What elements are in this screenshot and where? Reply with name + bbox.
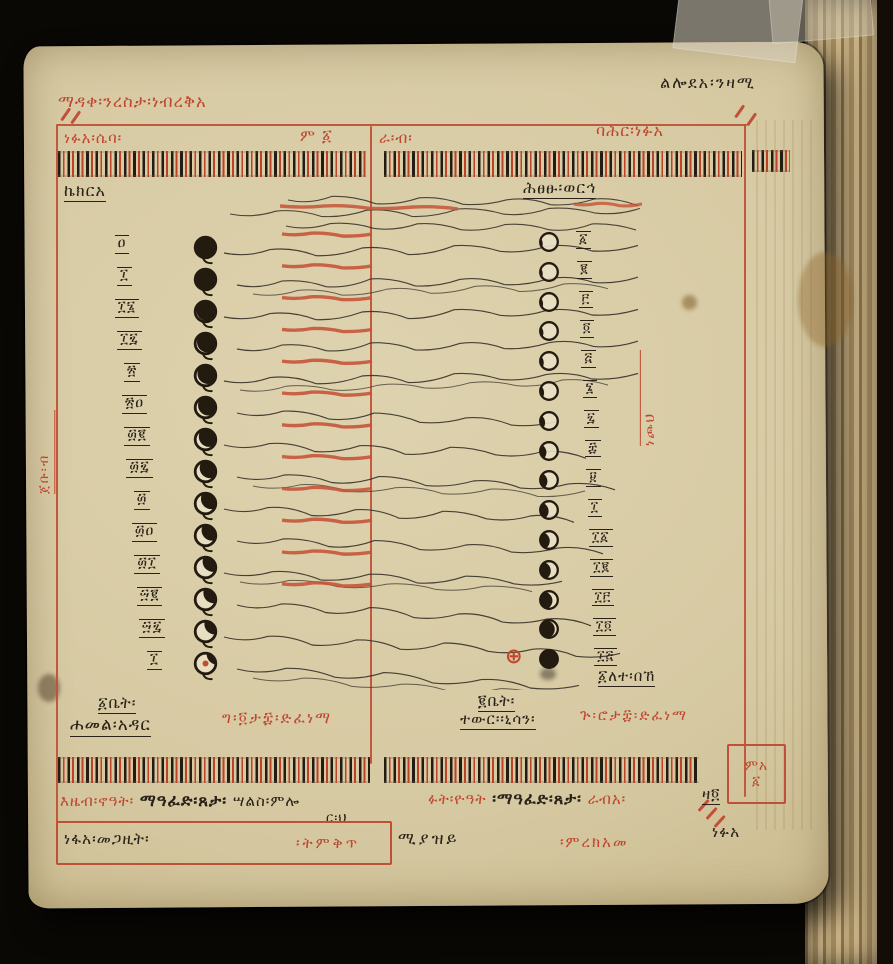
right-row-numeral: ፲፩ — [589, 529, 633, 547]
footer-strip-text: ሚያዝይ — [398, 830, 460, 848]
left-row-numeral: ፴፯ — [112, 459, 168, 478]
ethiopic-numeral: ፲፫ — [592, 589, 615, 607]
ornament-band — [384, 757, 699, 783]
right-moon-cell — [537, 319, 561, 347]
moon-phase-icon — [537, 230, 561, 254]
right-moon-cell — [537, 409, 561, 437]
ethiopic-numeral: ፳ዐ — [122, 395, 147, 414]
ethiopic-numeral: ፲፯ — [117, 331, 142, 350]
right-row-numeral: ፪ — [577, 261, 621, 279]
left-row-numeral: ፴፪ — [109, 427, 165, 446]
right-moon-cell — [537, 260, 561, 288]
moon-phase-icon — [537, 319, 561, 343]
right-row-numeral: ፩ — [576, 231, 620, 249]
ethiopic-numeral: ፴፯ — [126, 459, 153, 478]
right-row-numeral: ፲፪ — [590, 559, 634, 577]
backdrop-right-edge — [877, 0, 893, 964]
moon-phase-icon — [537, 439, 561, 463]
ornament-band — [58, 151, 366, 177]
ethiopic-numeral: ፬ — [580, 320, 594, 338]
house1-label: ፩ቤት፡ — [98, 695, 136, 714]
ethiopic-numeral: ፲ — [147, 651, 162, 670]
ornament-band — [384, 151, 742, 177]
ethiopic-numeral: ፲ — [117, 267, 132, 286]
footer-line-a-right: ፉት፡ዮዓት ፡ማዓፈድ፡ጸታ፡ ራብአ፡ — [428, 790, 626, 808]
left-row-numeral: ፲፯ — [102, 331, 158, 350]
ethiopic-numeral: ፭ — [581, 350, 596, 368]
moon-phase-icon — [537, 588, 561, 612]
ethiopic-numeral: ፴ — [134, 491, 151, 510]
frame-right-line — [744, 124, 746, 797]
moon-phase-icon — [537, 290, 561, 314]
right-row-numeral: ፬ — [580, 320, 624, 338]
moon-phase-icon — [537, 617, 561, 641]
corner-box-text: ፩ — [752, 775, 761, 789]
footer-end-numeral: ዛ፬ — [702, 786, 720, 805]
footer-text: ፉት፡ዮዓት — [428, 790, 486, 808]
right-row-numeral: ፭ — [581, 350, 625, 368]
footer-text: ሣልስ፡ምሎ — [233, 792, 300, 810]
left-row-numeral: ፳ዐ — [107, 395, 163, 414]
moon-phase-icon — [537, 468, 561, 492]
right-margin-note: ነጮህ — [640, 350, 658, 446]
left-row-numeral: ፴፲ — [119, 555, 175, 574]
right-moon-cell — [537, 349, 561, 377]
ethiopic-numeral: ፲፭ — [594, 648, 617, 666]
header-center-left-label: ም ፩ — [300, 127, 333, 145]
ornament-band — [58, 757, 370, 783]
header-left-label: ነፉአ፡ሴባ፡ — [64, 130, 122, 147]
ethiopic-numeral: ፯ — [584, 410, 599, 428]
left-moon-cell — [192, 650, 219, 692]
corner-box-text: ምአ — [745, 759, 768, 774]
footer-text: ራብአ፡ — [588, 790, 627, 808]
left-row-numeral: ፵፯ — [124, 619, 180, 638]
ethiopic-numeral: ፳ — [124, 363, 140, 382]
right-moon-cell — [537, 647, 561, 675]
moon-phase-icon — [537, 498, 561, 522]
right-moon-cell — [537, 290, 561, 318]
right-row-numeral: ፰ — [585, 440, 629, 458]
right-moon-cell — [537, 468, 561, 496]
right-row-numeral: ፲፬ — [593, 618, 637, 636]
ethiopic-numeral: ፩ — [576, 231, 591, 249]
ethiopic-numeral: ፰ — [585, 440, 601, 458]
house1-name: ሐመል፡አዳር — [70, 716, 151, 737]
left-row-numeral: ፲ — [97, 267, 153, 286]
right-moon-cell — [537, 230, 561, 258]
page-title-right: ልሎደአ፡ንዛሚ — [570, 74, 756, 92]
left-row-numeral: ፴ዐ — [117, 523, 173, 542]
circled-cross-icon: ⊕ — [505, 644, 523, 668]
ethiopic-numeral: ፵፪ — [137, 587, 163, 606]
footer-text: ፡ማዓፈድ፡ጸታ፡ — [492, 789, 582, 808]
right-moon-cell — [537, 558, 561, 586]
ethiopic-numeral: ፮ — [583, 380, 598, 398]
left-row-numeral: ዐ — [94, 235, 150, 254]
ethiopic-numeral: ፲፮ — [115, 299, 139, 318]
right-row-numeral: ፲፫ — [592, 589, 636, 607]
moon-phase-icon — [537, 260, 561, 284]
ethiopic-numeral: ፲፪ — [590, 559, 613, 577]
right-row-numeral: ፲ — [588, 499, 632, 517]
moon-phase-icon — [537, 379, 561, 403]
ethiopic-numeral: ፴፲ — [134, 555, 160, 574]
right-row-numeral: ፲፭ — [594, 648, 638, 666]
corner-box: ምአ ፩ — [727, 744, 786, 804]
left-column-header: ኬክርአ — [64, 182, 106, 202]
footer-text: እዜብ፡ኖዓት፡ — [60, 792, 134, 810]
header-center-right-label: ራ፡ብ፡ — [379, 130, 413, 147]
right-moon-cell — [537, 528, 561, 556]
moon-phase-icon — [192, 650, 219, 688]
center-red-note: ግ፡፬ታ፰፡ድፈነማ — [222, 710, 332, 727]
manuscript-photo: ልሎደአ፡ንዛሚ ማዳቀ፡ንረስታ፡ነብረቅአ ነፉአ፡ሴባ፡ ም ፩ ራ፡ብ፡… — [0, 0, 893, 964]
ethiopic-numeral: ፲፬ — [593, 618, 616, 636]
right-row-numeral: ፮ — [583, 380, 627, 398]
ethiopic-numeral: ፱ — [586, 469, 600, 487]
page-title-left: ማዳቀ፡ንረስታ፡ነብረቅአ — [58, 93, 207, 111]
ethiopic-numeral: ፴ዐ — [132, 523, 158, 542]
ethiopic-numeral: ፲፩ — [589, 529, 613, 547]
moon-phase-icon — [537, 558, 561, 582]
right-moon-cell — [537, 498, 561, 526]
left-row-numeral: ፲፮ — [99, 299, 155, 318]
right-moon-cell — [537, 379, 561, 407]
left-row-numeral: ፲ — [127, 651, 183, 670]
footer-text: ማዓፈድ፡ጸታ፡ — [140, 791, 227, 810]
footer-line-a-left: እዜብ፡ኖዓት፡ ማዓፈድ፡ጸታ፡ ሣልስ፡ምሎ — [60, 792, 300, 810]
left-margin-note: ጀቡ፡ብ — [38, 410, 55, 494]
frame-left-line — [56, 124, 58, 861]
stain — [798, 252, 853, 347]
ethiopic-numeral: ፵፯ — [139, 619, 166, 638]
house2-name: ተውር፡፡ኒሳን፡ — [460, 711, 536, 730]
right-row-numeral: ፫ — [579, 291, 623, 309]
left-row-numeral: ፳ — [104, 363, 160, 382]
ethiopic-numeral: ፪ — [577, 261, 591, 279]
footer-strip-text: ነፋአ፡መጋዚት፡ — [64, 831, 150, 848]
moon-phase-icon — [537, 528, 561, 552]
ethiopic-numeral: ፲ — [588, 499, 602, 517]
right-moon-cell — [537, 439, 561, 467]
right-red-note: ጕ፡ሮታ፰፡ድፈነማ — [580, 709, 688, 725]
moon-phase-icon — [537, 647, 561, 671]
page-creases — [756, 120, 814, 830]
right-moon-cell — [537, 588, 561, 616]
ethiopic-numeral: ፫ — [579, 291, 593, 309]
moon-phase-icon — [537, 409, 561, 433]
footer-strip-text: ፡ትምቅጥ — [296, 835, 360, 852]
left-row-numeral: ፵፪ — [122, 587, 178, 606]
left-row-numeral: ፴ — [114, 491, 170, 510]
right-row-numeral: ፱ — [586, 469, 630, 487]
footer-strip-text: ነፉአ — [712, 824, 740, 841]
header-right-label: ባሕር፡ነፉአ — [596, 122, 664, 140]
stain — [682, 295, 697, 310]
ethiopic-numeral: ዐ — [115, 235, 130, 254]
right-row-numeral: ፯ — [584, 410, 628, 428]
ethiopic-numeral: ፴፪ — [124, 427, 150, 446]
footer-strip-text: ፡ምረክአመ — [560, 834, 628, 851]
right-moon-cell — [537, 617, 561, 645]
moon-phase-icon — [537, 349, 561, 373]
table-footnote: ፩ለተ፡በኸ — [598, 668, 655, 687]
ornament-band-tail — [752, 150, 790, 172]
